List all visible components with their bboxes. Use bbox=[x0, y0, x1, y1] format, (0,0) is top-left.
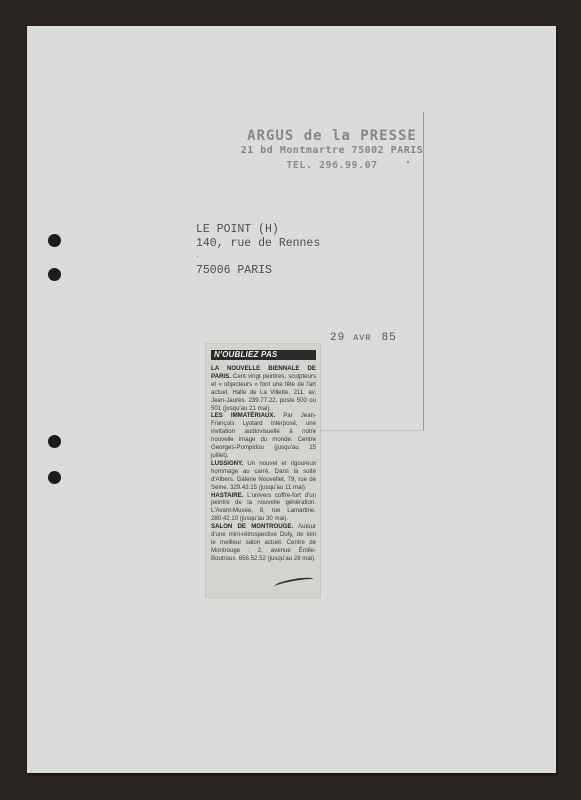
entry-heading: LES IMMATÉRIAUX. bbox=[211, 412, 275, 419]
date-year: 85 bbox=[382, 332, 397, 344]
entry-heading: LUSSIGNY. bbox=[211, 460, 243, 467]
pen-mark bbox=[274, 576, 315, 591]
clipping-entry: LUSSIGNY. Un nouvel et rigoureux hommage… bbox=[211, 460, 316, 492]
archive-sheet: ARGUS de la PRESSE 21 bd Montmartre 7500… bbox=[27, 26, 556, 773]
date-stamp: 29AVR85 bbox=[330, 332, 397, 344]
date-day: 29 bbox=[330, 332, 345, 344]
punch-hole bbox=[48, 471, 61, 484]
clipping-entry: HASTAIRE. L'univers coffre-fort d'un pei… bbox=[211, 492, 316, 524]
punch-hole bbox=[48, 234, 61, 247]
clipping-banner: N'OUBLIEZ PAS bbox=[211, 350, 316, 360]
date-month: AVR bbox=[353, 333, 371, 343]
newspaper-clipping: N'OUBLIEZ PAS LA NOUVELLE BIENNALE DE PA… bbox=[205, 343, 321, 598]
clipping-entry: LA NOUVELLE BIENNALE DE PARIS. Cent ving… bbox=[211, 365, 316, 412]
clipping-entry: SALON DE MONTROUGE. Autour d'une mini-ré… bbox=[211, 523, 316, 563]
entry-heading: SALON DE MONTROUGE. bbox=[211, 523, 293, 530]
speck bbox=[407, 161, 409, 163]
entry-text: Par Jean-François Lyotard interposé, une… bbox=[211, 412, 316, 459]
clipping-entry: LES IMMATÉRIAUX. Par Jean-François Lyota… bbox=[211, 412, 316, 459]
punch-hole bbox=[48, 435, 61, 448]
punch-hole bbox=[48, 268, 61, 281]
addressee-name: LE POINT (H) bbox=[196, 223, 279, 236]
stamp-title: ARGUS de la PRESSE bbox=[223, 128, 441, 144]
addressee-city: 75006 PARIS bbox=[196, 264, 272, 277]
speck bbox=[197, 256, 198, 257]
addressee-street: 140, rue de Rennes bbox=[196, 237, 320, 250]
entry-heading: HASTAIRE. bbox=[211, 492, 243, 499]
clipping-entries: LA NOUVELLE BIENNALE DE PARIS. Cent ving… bbox=[211, 365, 316, 563]
stamp-address: 21 bd Montmartre 75002 PARIS bbox=[223, 145, 441, 156]
